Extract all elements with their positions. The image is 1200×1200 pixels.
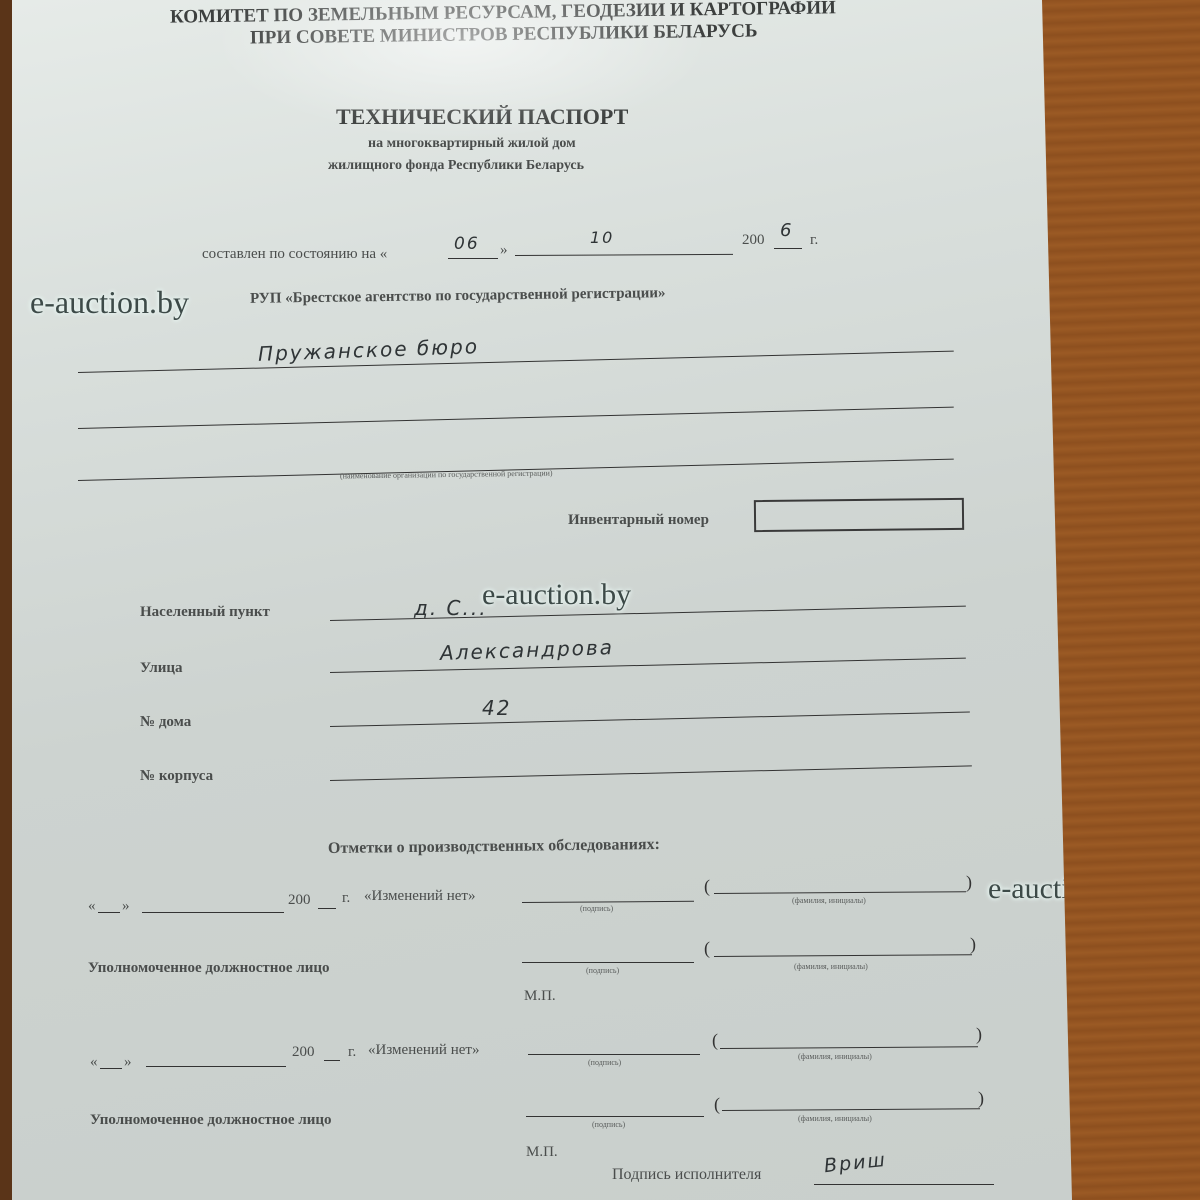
year-prefix: 200	[288, 892, 311, 909]
signature-line[interactable]	[528, 1054, 700, 1055]
paren-open: (	[704, 938, 710, 959]
settlement-label: Населенный пункт	[140, 604, 270, 621]
official-label: Уполномоченное должностное лицо	[90, 1112, 332, 1129]
document-title: ТЕХНИЧЕСКИЙ ПАСПОРТ	[336, 104, 628, 130]
seal-label: М.П.	[526, 1144, 558, 1161]
day-line	[448, 258, 498, 259]
watermark: e-auction.by	[30, 284, 189, 321]
year-unit: г.	[348, 1044, 356, 1061]
building-number-label: № корпуса	[140, 768, 213, 785]
date-month-value[interactable]: 10	[590, 228, 614, 247]
date-prefix: составлен по состоянию на «	[202, 246, 387, 263]
organization-handwritten[interactable]: Пружанское бюро	[258, 334, 480, 366]
official-signature-line[interactable]	[522, 962, 694, 963]
name-line[interactable]	[714, 891, 966, 894]
quote-open: «	[88, 898, 96, 915]
year-unit: г.	[342, 890, 350, 907]
paren-close: )	[978, 1088, 984, 1109]
day-blank[interactable]	[98, 912, 120, 913]
name-caption: (фамилия, инициалы)	[798, 1052, 872, 1061]
no-changes-label: «Изменений нет»	[368, 1042, 479, 1059]
paren-open: (	[714, 1094, 720, 1115]
document-subtitle-2: жилищного фонда Республики Беларусь	[328, 158, 584, 174]
date-close-quote: »	[500, 242, 508, 259]
inspections-heading: Отметки о производственных обследованиях…	[328, 836, 660, 858]
inventory-number-field[interactable]	[754, 498, 964, 532]
paren-close: )	[976, 1024, 982, 1045]
org-line-2	[78, 407, 954, 429]
org-line-1	[78, 351, 954, 373]
watermark: e-auction.by	[988, 872, 1137, 906]
official-name-line[interactable]	[714, 954, 972, 957]
executor-signature: Вриш	[823, 1149, 888, 1177]
official-signature-caption: (подпись)	[592, 1120, 625, 1129]
name-line[interactable]	[720, 1046, 978, 1049]
official-signature-caption: (подпись)	[586, 966, 619, 975]
year-line	[774, 248, 802, 249]
street-value[interactable]: Александрова	[440, 635, 615, 665]
building-number-line	[330, 765, 972, 781]
paren-close: )	[966, 872, 972, 893]
house-number-label: № дома	[140, 714, 191, 731]
quote-close: »	[124, 1054, 132, 1071]
date-year-prefix: 200	[742, 232, 765, 249]
no-changes-label: «Изменений нет»	[364, 888, 475, 905]
signature-caption: (подпись)	[580, 904, 613, 913]
table-edge	[0, 0, 14, 1200]
paren-close: )	[970, 934, 976, 955]
year-blank[interactable]	[324, 1060, 340, 1061]
signature-caption: (подпись)	[588, 1058, 621, 1067]
executor-signature-label: Подпись исполнителя	[612, 1166, 761, 1184]
day-blank[interactable]	[100, 1068, 122, 1069]
official-label: Уполномоченное должностное лицо	[88, 960, 330, 977]
month-blank[interactable]	[146, 1066, 286, 1067]
official-name-caption: (фамилия, инициалы)	[794, 962, 868, 971]
house-number-line	[330, 711, 970, 727]
document-page: КОМИТЕТ ПО ЗЕМЕЛЬНЫМ РЕСУРСАМ, ГЕОДЕЗИИ …	[12, 0, 1072, 1200]
document-subtitle-1: на многоквартирный жилой дом	[368, 136, 576, 152]
quote-open: «	[90, 1054, 98, 1071]
year-blank[interactable]	[318, 908, 336, 909]
street-label: Улица	[140, 660, 183, 677]
watermark: e-auction.by	[482, 578, 631, 612]
paren-open: (	[712, 1030, 718, 1051]
official-name-caption: (фамилия, инициалы)	[798, 1114, 872, 1123]
signature-line[interactable]	[522, 901, 694, 903]
month-line	[515, 254, 733, 256]
house-number-value[interactable]: 42	[482, 696, 511, 720]
organization-label: РУП «Брестское агентство по государствен…	[250, 285, 666, 308]
date-year-unit: г.	[810, 232, 818, 249]
name-caption: (фамилия, инициалы)	[792, 896, 866, 905]
year-prefix: 200	[292, 1044, 315, 1061]
header-line-2: ПРИ СОВЕТЕ МИНИСТРОВ РЕСПУБЛИКИ БЕЛАРУСЬ	[250, 20, 758, 49]
settlement-value[interactable]: д. С...	[414, 596, 488, 620]
date-day-value[interactable]: 06	[454, 234, 480, 254]
official-signature-line[interactable]	[526, 1116, 704, 1117]
quote-close: »	[122, 898, 130, 915]
date-year-value[interactable]: 6	[780, 220, 793, 241]
month-blank[interactable]	[142, 912, 284, 913]
seal-label: М.П.	[524, 988, 556, 1005]
paren-open: (	[704, 876, 710, 897]
street-line	[330, 658, 966, 673]
executor-signature-line[interactable]	[814, 1184, 994, 1185]
organization-caption: (наименование организации по государстве…	[340, 469, 553, 481]
official-name-line[interactable]	[722, 1108, 980, 1111]
inventory-label: Инвентарный номер	[568, 512, 709, 529]
